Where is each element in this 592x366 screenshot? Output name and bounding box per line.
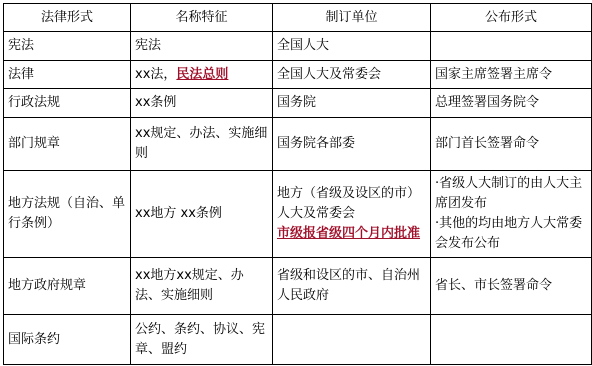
header-legal-form: 法律形式 <box>4 4 131 32</box>
cell-form: 地方政府规章 <box>4 258 131 315</box>
cell-name-feature: 公约、条约、协议、宪章、盟约 <box>131 315 273 365</box>
table-header-row: 法律形式 名称特征 制订单位 公布形式 <box>4 4 592 32</box>
cell-maker: 国务院 <box>273 89 431 118</box>
cell-form: 国际条约 <box>4 315 131 365</box>
cell-maker: 省级和设区的市、自治州人民政府 <box>273 258 431 315</box>
cell-promulgation: 部门首长签署命令 <box>431 118 592 171</box>
table-row: 行政法规 xx条例 国务院 总理签署国务院令 <box>4 89 592 118</box>
cell-form: 地方法规（自治、单行条例） <box>4 171 131 258</box>
cell-maker <box>273 315 431 365</box>
table-row: 国际条约 公约、条约、协议、宪章、盟约 <box>4 315 592 365</box>
cell-maker: 地方（省级及设区的市）人大及常委会市级报省级四个月内批准 <box>273 171 431 258</box>
cell-form: 部门规章 <box>4 118 131 171</box>
cell-name-feature: 宪法 <box>131 32 273 61</box>
cell-form: 宪法 <box>4 32 131 61</box>
table-row: 法律 xx法，民法总则 全国人大及常委会 国家主席签署主席令 <box>4 61 592 89</box>
civil-code-link[interactable]: 民法总则 <box>176 67 228 82</box>
maker-text: 地方（省级及设区的市）人大及常委会 <box>277 184 426 224</box>
cell-name-feature: xx规定、办法、实施细则 <box>131 118 273 171</box>
table-row: 宪法 宪法 全国人大 <box>4 32 592 61</box>
header-maker: 制订单位 <box>273 4 431 32</box>
approval-deadline-link[interactable]: 市级报省级四个月内批准 <box>277 224 426 244</box>
cell-promulgation: 总理签署国务院令 <box>431 89 592 118</box>
cell-maker: 全国人大及常委会 <box>273 61 431 89</box>
header-name-feature: 名称特征 <box>131 4 273 32</box>
header-promulgation: 公布形式 <box>431 4 592 32</box>
cell-maker: 国务院各部委 <box>273 118 431 171</box>
promulgation-item: ·省级人大制订的由人大主席团发布 <box>435 174 587 214</box>
cell-promulgation <box>431 315 592 365</box>
cell-form: 行政法规 <box>4 89 131 118</box>
cell-name-feature: xx地方xx规定、办法、实施细则 <box>131 258 273 315</box>
table-row: 地方政府规章 xx地方xx规定、办法、实施细则 省级和设区的市、自治州人民政府 … <box>4 258 592 315</box>
cell-maker: 全国人大 <box>273 32 431 61</box>
legal-forms-table: 法律形式 名称特征 制订单位 公布形式 宪法 宪法 全国人大 法律 xx法，民法… <box>3 3 592 365</box>
table-row: 地方法规（自治、单行条例） xx地方 xx条例 地方（省级及设区的市）人大及常委… <box>4 171 592 258</box>
table-row: 部门规章 xx规定、办法、实施细则 国务院各部委 部门首长签署命令 <box>4 118 592 171</box>
name-feature-text: xx法， <box>135 67 176 82</box>
cell-name-feature: xx法，民法总则 <box>131 61 273 89</box>
cell-form: 法律 <box>4 61 131 89</box>
cell-name-feature: xx条例 <box>131 89 273 118</box>
promulgation-item: ·其他的均由地方人大常委会发布公布 <box>435 214 587 254</box>
cell-name-feature: xx地方 xx条例 <box>131 171 273 258</box>
cell-promulgation <box>431 32 592 61</box>
cell-promulgation: 省长、市长签署命令 <box>431 258 592 315</box>
cell-promulgation: 国家主席签署主席令 <box>431 61 592 89</box>
cell-promulgation: ·省级人大制订的由人大主席团发布·其他的均由地方人大常委会发布公布 <box>431 171 592 258</box>
